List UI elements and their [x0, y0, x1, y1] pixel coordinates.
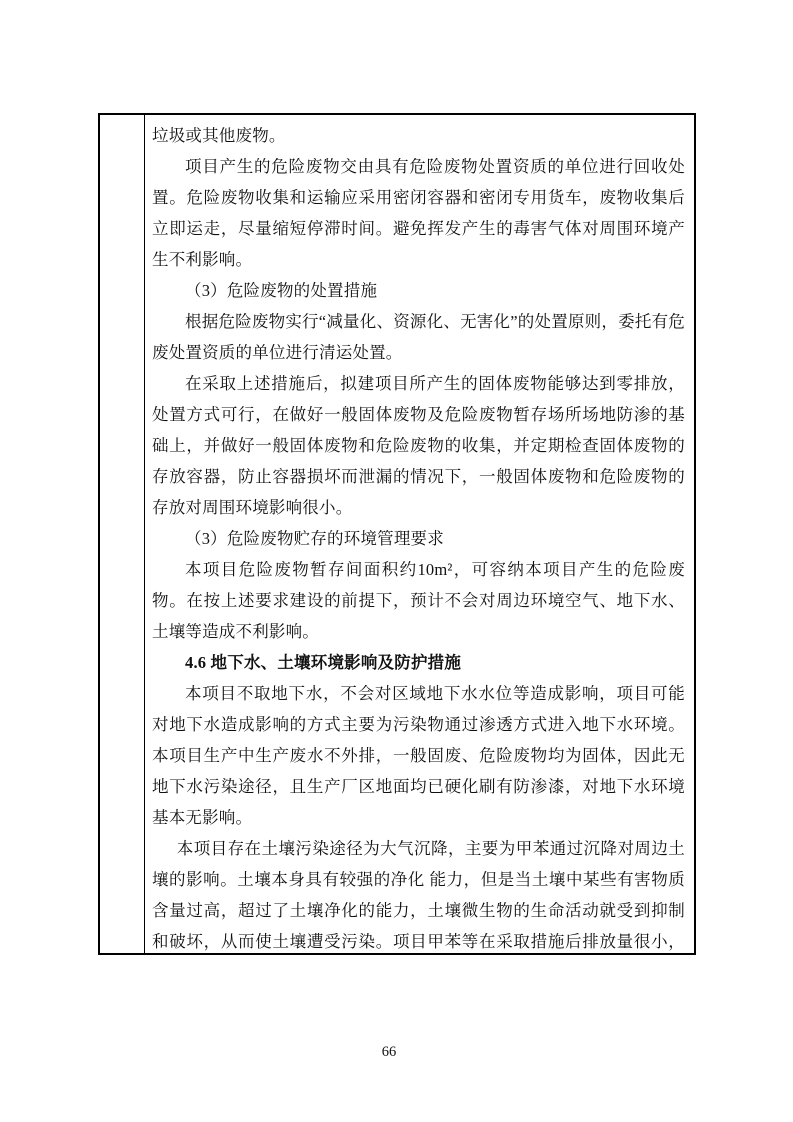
page-number: 66: [0, 1042, 778, 1062]
paragraph-storage-room-area: 本项目危险废物暂存间面积约10m²，可容纳本项目产生的危险废物。在按上述要求建设…: [152, 554, 685, 647]
content-table: 垃圾或其他废物。 项目产生的危险废物交由具有危险废物处置资质的单位进行回收处置。…: [98, 113, 696, 955]
paragraph-hazardous-waste-recovery: 项目产生的危险废物交由具有危险废物处置资质的单位进行回收处置。危险废物收集和运输…: [152, 151, 685, 275]
paragraph-waste-continuation: 垃圾或其他废物。: [152, 120, 685, 151]
paragraph-groundwater-impact: 本项目不取地下水，不会对区域地下水水位等造成影响，项目可能对地下水造成影响的方式…: [152, 678, 685, 833]
document-page: 垃圾或其他废物。 项目产生的危险废物交由具有危险废物处置资质的单位进行回收处置。…: [0, 0, 793, 1122]
paragraph-storage-management-title: （3）危险废物贮存的环境管理要求: [152, 523, 685, 554]
paragraph-disposal-principle: 根据危险废物实行“减量化、资源化、无害化”的处置原则，委托有危废处置资质的单位进…: [152, 306, 685, 368]
paragraph-soil-impact: 本项目存在土壤污染途径为大气沉降，主要为甲苯通过沉降对周边土壤的影响。土壤本身具…: [152, 833, 685, 953]
paragraph-zero-discharge: 在采取上述措施后，拟建项目所产生的固体废物能够达到零排放，处置方式可行，在做好一…: [152, 368, 685, 523]
section-heading-4-6: 4.6 地下水、土壤环境影响及防护措施: [152, 647, 685, 678]
table-text-column: 垃圾或其他废物。 项目产生的危险废物交由具有危险废物处置资质的单位进行回收处置。…: [145, 115, 694, 953]
table-left-column: [100, 115, 145, 953]
paragraph-disposal-measures-title: （3）危险废物的处置措施: [152, 275, 685, 306]
